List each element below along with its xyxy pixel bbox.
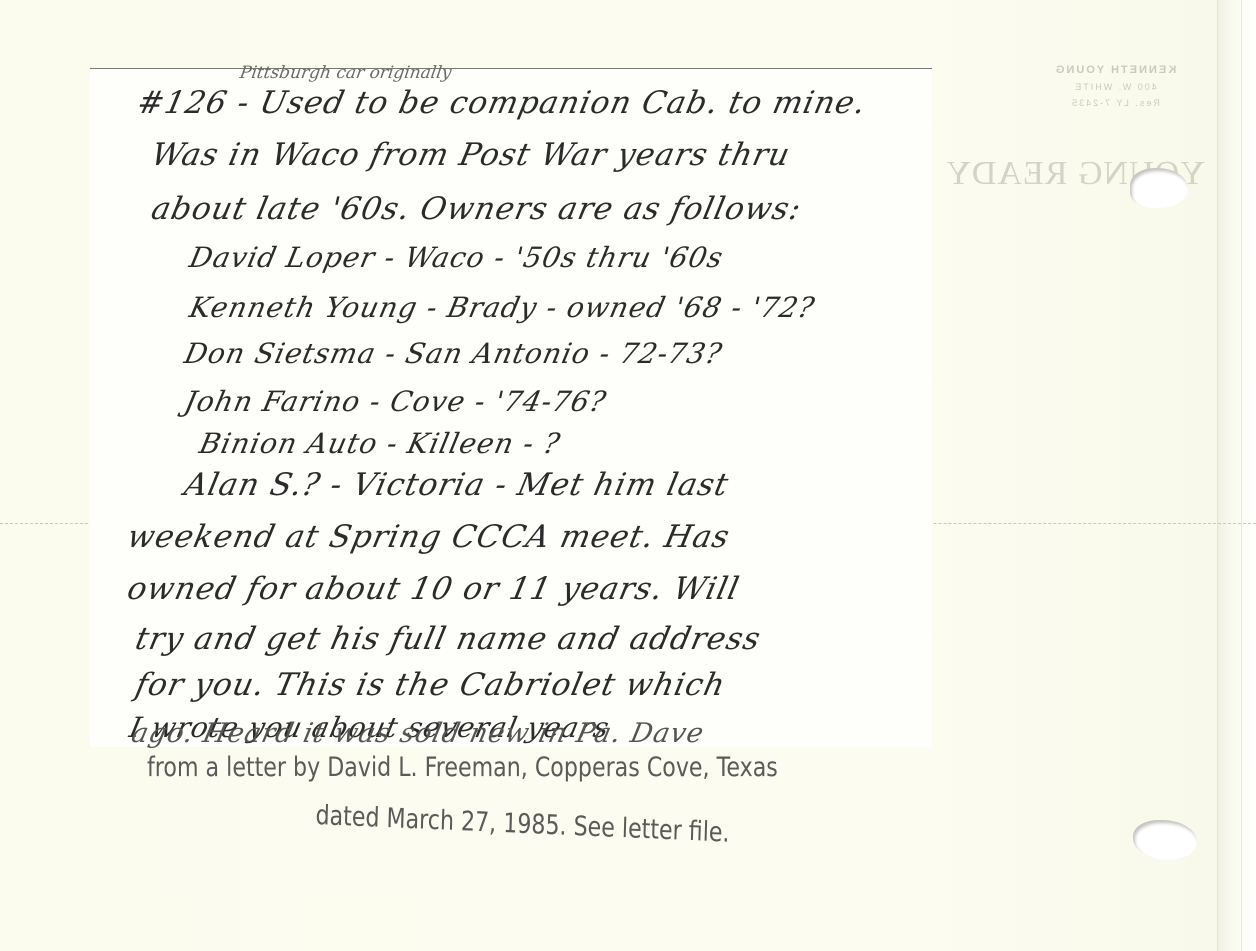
note-line: David Loper - Waco - '50s thru '60s bbox=[186, 241, 726, 274]
punch-hole-top bbox=[1130, 168, 1188, 208]
letterhead-address: 400 W. WHITE bbox=[1040, 82, 1190, 92]
note-line: for you. This is the Cabriolet which bbox=[132, 667, 729, 703]
note-line: Alan S.? - Victoria - Met him last bbox=[181, 467, 732, 503]
letterhead-name: KENNETH YOUNG bbox=[1020, 64, 1210, 76]
note-line: John Farino - Cove - '74-76? bbox=[181, 385, 609, 418]
page-edge-line bbox=[1241, 0, 1242, 951]
letterhead-phone: Res. LY 7-2435 bbox=[1040, 98, 1190, 108]
punch-hole-bottom bbox=[1133, 820, 1197, 860]
note-line: owned for about 10 or 11 years. Will bbox=[124, 571, 743, 607]
note-line: #126 - Used to be companion Cab. to mine… bbox=[134, 85, 869, 121]
note-line: try and get his full name and address bbox=[132, 621, 764, 657]
page-edge bbox=[1217, 0, 1256, 951]
note-line: about late '60s. Owners are as follows: bbox=[148, 191, 805, 227]
caption-source: from a letter by David L. Freeman, Coppe… bbox=[147, 752, 778, 783]
pencil-annotation: Pittsburgh car originally bbox=[239, 63, 453, 83]
note-line: Binion Auto - Killeen - ? bbox=[196, 427, 563, 460]
note-line: Don Sietsma - San Antonio - 72-73? bbox=[181, 337, 725, 370]
note-line: Kenneth Young - Brady - owned '68 - '72? bbox=[186, 291, 818, 324]
note-line: Was in Waco from Post War years thru bbox=[148, 137, 793, 173]
note-line: weekend at Spring CCCA meet. Has bbox=[124, 519, 733, 555]
scanned-page: KENNETH YOUNG 400 W. WHITE Res. LY 7-243… bbox=[0, 0, 1256, 951]
note-line: ago. Heard it was sold new in Pa. Dave bbox=[129, 718, 708, 749]
caption-date: dated March 27, 1985. See letter file. bbox=[315, 800, 730, 849]
handwritten-note: Pittsburgh car originally #126 - Used to… bbox=[90, 68, 932, 747]
